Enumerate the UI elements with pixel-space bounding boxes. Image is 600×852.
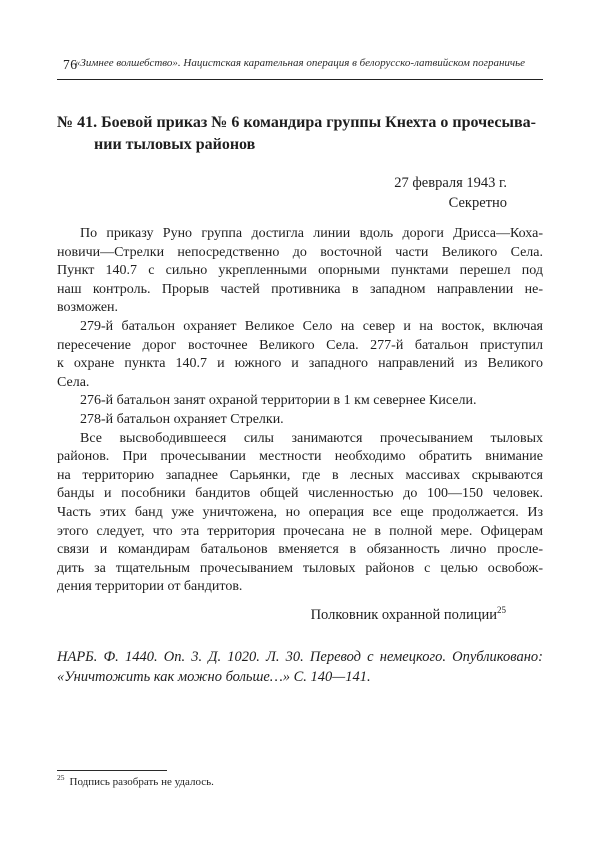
document-title-line: № 41. Боевой приказ № 6 командира группы… bbox=[57, 112, 543, 134]
text-line: возможен. bbox=[57, 299, 543, 318]
signature-text: Полковник охранной полиции bbox=[311, 607, 497, 623]
paragraph: 276-й батальон занят охраной территории … bbox=[57, 392, 543, 411]
running-header: 76 «Зимнее волшебство». Нацистская карат… bbox=[57, 0, 543, 80]
paragraph: Все высвободившееся силы занимаются проч… bbox=[57, 430, 543, 597]
footnote-divider bbox=[57, 770, 167, 771]
text-line: Все высвободившееся силы занимаются проч… bbox=[57, 430, 543, 449]
footnote-text: 25Подпись разобрать не удалось. bbox=[57, 775, 543, 789]
text-line: Села. bbox=[57, 374, 543, 393]
paragraph: По приказу Руно группа достигла линии вд… bbox=[57, 225, 543, 318]
text-line: По приказу Руно группа достигла линии вд… bbox=[57, 225, 543, 244]
page-number: 76 bbox=[63, 57, 78, 73]
text-line: на территорию западнее Сарьянки, где в л… bbox=[57, 467, 543, 486]
book-page: 76 «Зимнее волшебство». Нацистская карат… bbox=[0, 0, 600, 852]
text-line: банды и пособники бандитов общей численн… bbox=[57, 485, 543, 504]
text-line: Часть этих банд уже уничтожена, но опера… bbox=[57, 504, 543, 523]
text-line: наш контроль. Прорыв частей противника в… bbox=[57, 281, 543, 300]
signature-line: Полковник охранной полиции25 bbox=[57, 606, 543, 625]
text-line: 279-й батальон охраняет Великое Село на … bbox=[57, 318, 543, 337]
document-body: По приказу Руно группа достигла линии вд… bbox=[57, 225, 543, 597]
text-line: новичи—Стрелки непосредственно до восточ… bbox=[57, 244, 543, 263]
dateline: 27 февраля 1943 г. Секретно bbox=[57, 173, 543, 213]
paragraph: 279-й батальон охраняет Великое Село на … bbox=[57, 318, 543, 392]
document-title-line: нии тыловых районов bbox=[57, 134, 543, 156]
text-line: дить за тщательным прочесыванием тыловых… bbox=[57, 560, 543, 579]
running-title: «Зимнее волшебство». Нацистская каратель… bbox=[75, 57, 525, 69]
document-title: № 41. Боевой приказ № 6 командира группы… bbox=[57, 112, 543, 156]
text-line: НАРБ. Ф. 1440. Оп. 3. Д. 1020. Л. 30. Пе… bbox=[57, 647, 543, 668]
footnote: 25Подпись разобрать не удалось. bbox=[57, 770, 543, 789]
footnote-body: Подпись разобрать не удалось. bbox=[70, 776, 214, 788]
text-line: этого следует, что эта территория прочес… bbox=[57, 523, 543, 542]
document-date: 27 февраля 1943 г. bbox=[57, 173, 507, 193]
text-line: 278-й батальон охраняет Стрелки. bbox=[57, 411, 543, 430]
text-line: 276-й батальон занят охраной территории … bbox=[57, 392, 543, 411]
text-line: пересечение дорог восточнее Великого Сел… bbox=[57, 337, 543, 356]
archival-source: НАРБ. Ф. 1440. Оп. 3. Д. 1020. Л. 30. Пе… bbox=[57, 647, 543, 688]
paragraph: 278-й батальон охраняет Стрелки. bbox=[57, 411, 543, 430]
classification-label: Секретно bbox=[57, 193, 507, 213]
footnote-reference: 25 bbox=[497, 605, 506, 615]
text-line: районов. При прочесывании местности необ… bbox=[57, 448, 543, 467]
footnote-marker: 25 bbox=[57, 773, 65, 782]
text-line: Пункт 140.7 с сильно укрепленными опорны… bbox=[57, 262, 543, 281]
text-line: связи и командирам батальонов вменяется … bbox=[57, 541, 543, 560]
text-line: «Уничтожить как можно больше…» С. 140—14… bbox=[57, 667, 543, 688]
page-content: 76 «Зимнее волшебство». Нацистская карат… bbox=[0, 0, 600, 688]
text-line: дения территории от бандитов. bbox=[57, 578, 543, 597]
text-line: к охране пункта 140.7 и южного и западно… bbox=[57, 355, 543, 374]
